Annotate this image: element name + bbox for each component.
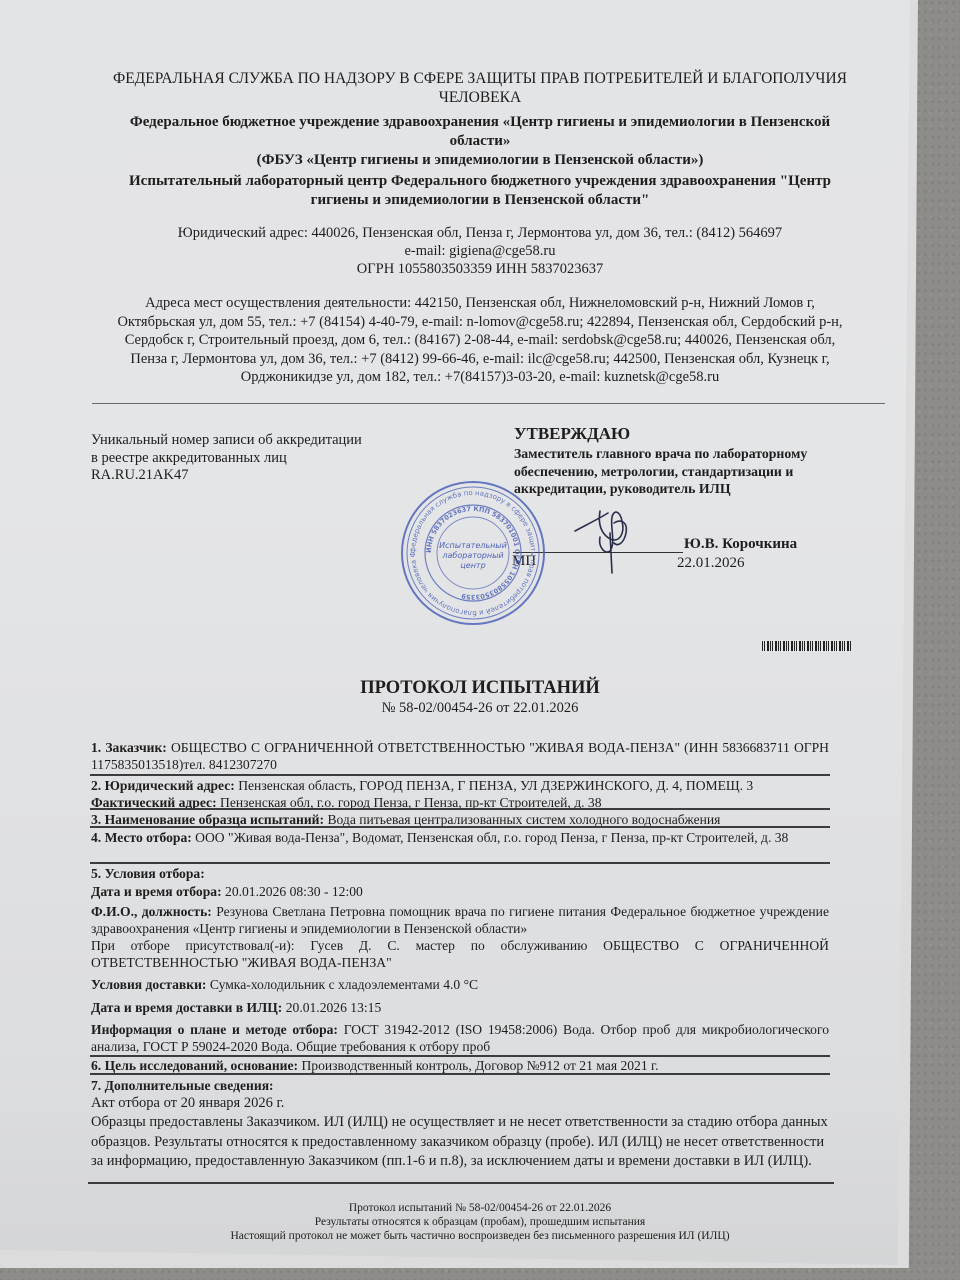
section-divider <box>90 1073 830 1075</box>
approver-position-line: аккредитации, руководитель ИЛЦ <box>514 480 807 498</box>
protocol-number: № 58-02/00454-26 от 22.01.2026 <box>300 699 660 717</box>
document-page: ФЕДЕРАЛЬНАЯ СЛУЖБА ПО НАДЗОРУ В СФЕРЕ ЗА… <box>0 0 910 1265</box>
institution-name: Федеральное бюджетное учреждение здравоо… <box>40 113 920 170</box>
activity-address-line: Адреса мест осуществления деятельности: … <box>60 294 900 313</box>
approval-date: 22.01.2026 <box>677 555 745 572</box>
sampling-act: Акт отбора от 20 января 2026 г. <box>91 1094 829 1113</box>
footer-results-note: Результаты относятся к образцам (пробам)… <box>150 1215 810 1229</box>
lab-name: Испытательный лабораторный центр Федерал… <box>40 172 920 210</box>
approver-position-line: Заместитель главного врача по лабораторн… <box>514 445 807 463</box>
approval-title: УТВЕРЖДАЮ <box>514 424 807 444</box>
delivery-datetime: Дата и время доставки в ИЛЦ: 20.01.2026 … <box>91 999 829 1016</box>
activity-address-line: Орджоникидзе ул, дом 182, тел.: +7(84157… <box>60 368 900 387</box>
customer-label: 1. Заказчик: <box>91 740 167 755</box>
agency-line-1: ФЕДЕРАЛЬНАЯ СЛУЖБА ПО НАДЗОРУ В СФЕРЕ ЗА… <box>40 69 920 88</box>
sample-name-value: Вода питьевая централизованных систем хо… <box>327 812 720 827</box>
sampler-label: Ф.И.О., должность: <box>91 904 212 919</box>
signature-icon <box>570 503 650 578</box>
section-divider <box>90 774 830 776</box>
lab-line-2: гигиены и эпидемиологии в Пензенской обл… <box>40 191 920 210</box>
delivery-conditions: Условия доставки: Сумка-холодильник с хл… <box>91 976 829 993</box>
customer-value: ОБЩЕСТВО С ОГРАНИЧЕННОЙ ОТВЕТСТВЕННОСТЬЮ… <box>91 740 829 772</box>
accreditation-block: Уникальный номер записи об аккредитации … <box>91 432 362 485</box>
section-customer: 1. Заказчик: ОБЩЕСТВО С ОГРАНИЧЕННОЙ ОТВ… <box>91 739 829 773</box>
legal-address-value: Пензенская область, ГОРОД ПЕНЗА, Г ПЕНЗА… <box>238 778 753 793</box>
delivery-datetime-label: Дата и время доставки в ИЛЦ: <box>91 1000 282 1015</box>
sampler-info: Ф.И.О., должность: Резунова Светлана Пет… <box>91 903 829 937</box>
header-divider <box>92 403 885 404</box>
legal-info: Юридический адрес: 440026, Пензенская об… <box>40 224 920 278</box>
sampling-attendees: При отборе присутствовал(-и): Гусев Д. С… <box>91 937 829 971</box>
sampling-place-value: ООО "Живая вода-Пенза", Водомат, Пензенс… <box>195 830 788 845</box>
sampling-datetime: Дата и время отбора: 20.01.2026 08:30 - … <box>91 883 829 900</box>
barcode-icon <box>762 641 852 651</box>
sampling-method-label: Информация о плане и методе отбора: <box>91 1022 338 1037</box>
activity-address-line: Пенза г, Лермонтова ул, дом 36, тел.: +7… <box>60 350 900 369</box>
delivery-conditions-label: Условия доставки: <box>91 977 206 992</box>
section-divider <box>90 808 830 810</box>
section-additional-info: 7. Дополнительные сведения: Акт отбора о… <box>91 1077 829 1172</box>
purpose-label: 6. Цель исследований, основание: <box>91 1058 298 1073</box>
svg-text:Испытательный: Испытательный <box>439 541 507 550</box>
section-divider <box>90 862 830 864</box>
institution-line-1: Федеральное бюджетное учреждение здравоо… <box>40 113 920 132</box>
delivery-conditions-value: Сумка-холодильник с хладоэлементами 4.0 … <box>210 977 478 992</box>
official-stamp-icon: федеральная служба по надзору в сфере за… <box>398 478 548 628</box>
accreditation-line-2: в реестре аккредитованных лиц <box>91 450 362 468</box>
sampling-place-label: 4. Место отбора: <box>91 830 192 845</box>
institution-short: (ФБУЗ «Центр гигиены и эпидемиологии в П… <box>40 151 920 170</box>
section-legal-address: 2. Юридический адрес: Пензенская область… <box>91 777 829 811</box>
additional-info-text: Образцы предоставлены Заказчиком. ИЛ (ИЛ… <box>91 1113 829 1172</box>
sampling-datetime-value: 20.01.2026 08:30 - 12:00 <box>225 884 363 899</box>
approval-block: УТВЕРЖДАЮ Заместитель главного врача по … <box>514 424 807 498</box>
sampling-datetime-label: Дата и время отбора: <box>91 884 222 899</box>
agency-line-2: ЧЕЛОВЕКА <box>40 88 920 107</box>
sample-name-label: 3. Наименование образца испытаний: <box>91 812 324 827</box>
page-footer: Протокол испытаний № 58-02/00454-26 от 2… <box>150 1201 810 1243</box>
approver-position: Заместитель главного врача по лабораторн… <box>514 445 807 498</box>
footer-reproduction-note: Настоящий протокол не может быть частичн… <box>150 1229 810 1243</box>
purpose-value: Производственный контроль, Договор №912 … <box>301 1058 658 1073</box>
activity-address-line: Сердобск г, Строительный проезд, дом 6, … <box>60 331 900 350</box>
agency-name: ФЕДЕРАЛЬНАЯ СЛУЖБА ПО НАДЗОРУ В СФЕРЕ ЗА… <box>40 69 920 107</box>
lab-line-1: Испытательный лабораторный центр Федерал… <box>40 172 920 191</box>
legal-address: Юридический адрес: 440026, Пензенская об… <box>40 224 920 242</box>
protocol-heading: ПРОТОКОЛ ИСПЫТАНИЙ № 58-02/00454-26 от 2… <box>300 677 660 717</box>
sampling-method: Информация о плане и методе отбора: ГОСТ… <box>91 1021 829 1055</box>
protocol-title: ПРОТОКОЛ ИСПЫТАНИЙ <box>300 677 660 699</box>
legal-address-label: 2. Юридический адрес: <box>91 778 235 793</box>
activity-address-line: Октябрьская ул, дом 55, тел.: +7 (84154)… <box>60 313 900 332</box>
sampling-conditions-label: 5. Условия отбора: <box>91 865 829 882</box>
section-purpose: 6. Цель исследований, основание: Произво… <box>91 1057 829 1074</box>
signer-name: Ю.В. Корочкина <box>684 536 797 553</box>
section-divider <box>88 1182 834 1184</box>
delivery-datetime-value: 20.01.2026 13:15 <box>286 1000 382 1015</box>
additional-info-label: 7. Дополнительные сведения: <box>91 1077 829 1094</box>
activity-addresses: Адреса мест осуществления деятельности: … <box>60 294 900 387</box>
accreditation-number: RA.RU.21AK47 <box>91 467 362 485</box>
approver-position-line: обеспечению, метрологии, стандартизации … <box>514 463 807 481</box>
institution-line-2: области» <box>40 132 920 151</box>
svg-text:центр: центр <box>460 561 485 570</box>
footer-protocol-ref: Протокол испытаний № 58-02/00454-26 от 2… <box>150 1201 810 1215</box>
org-email: e-mail: gigiena@cge58.ru <box>40 242 920 260</box>
ogrn-inn: ОГРН 1055803503359 ИНН 5837023637 <box>40 260 920 278</box>
accreditation-line-1: Уникальный номер записи об аккредитации <box>91 432 362 450</box>
section-sampling-place: 4. Место отбора: ООО "Живая вода-Пенза",… <box>91 829 829 846</box>
svg-text:лабораторный: лабораторный <box>441 551 503 560</box>
section-divider <box>90 826 830 828</box>
